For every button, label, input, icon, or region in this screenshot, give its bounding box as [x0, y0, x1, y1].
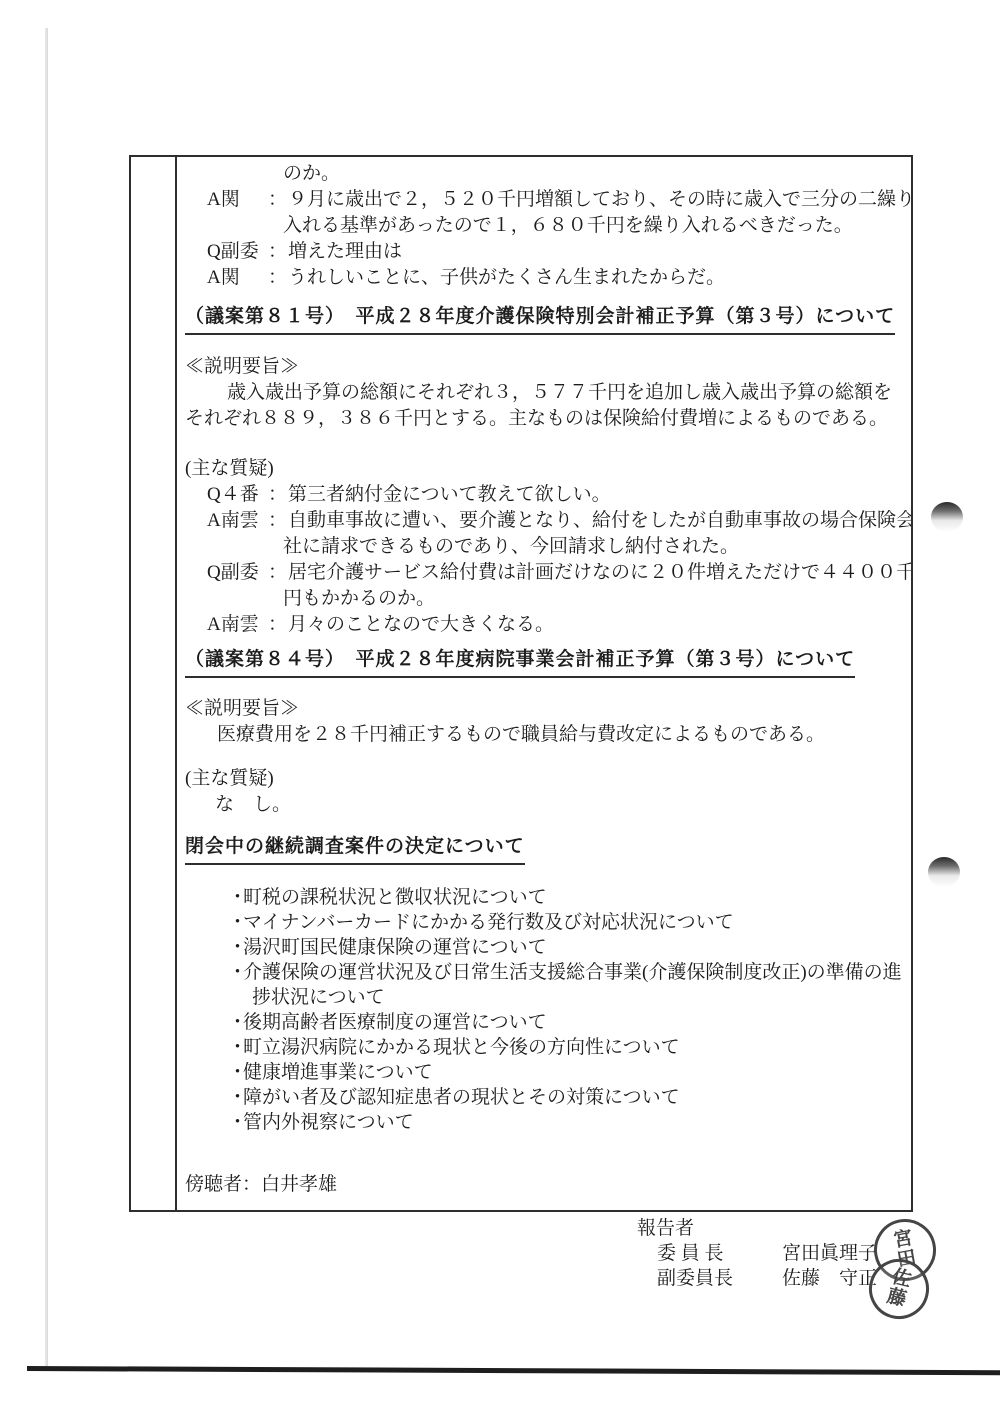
list-item-text: マイナンバーカードにかかる発行数及び対応状況について: [243, 910, 734, 935]
colon-glyph: ：: [268, 187, 288, 213]
list-item-text: 湯沢町国民健康保険の運営について: [243, 935, 547, 960]
list-item-text: 管内外視察について: [243, 1110, 414, 1135]
qa-line: Q副委 ： 増えた理由は: [207, 239, 911, 265]
vice-chair-name: 佐藤 守正: [782, 1266, 877, 1291]
speaker-label: Q副委: [207, 239, 268, 265]
qa-line: A関 ： ９月に歳出で２，５２０千円増額しており、その時に歳入で三分の二繰り: [207, 187, 911, 213]
summary-text: 医療費用を２８千円補正するもので職員給与費改定によるものである。: [217, 722, 911, 748]
list-item-text: 介護保険の運営状況及び日常生活支援総合事業(介護保険制度改正)の準備の進: [243, 960, 902, 985]
paper-bottom-edge-shadow: [27, 1366, 1000, 1375]
proposal84-heading-block: （議案第８４号） 平成２８年度病院事業会計補正予算（第３号）について: [185, 647, 911, 678]
vice-chair-row: 副委員長 佐藤 守正: [637, 1266, 877, 1291]
bullet-glyph: ・: [228, 910, 243, 935]
qa-text: ９月に歳出で２，５２０千円増額しており、その時に歳入で三分の二繰り: [288, 187, 911, 213]
qa-continuation: 社に請求できるものであり、今回請求し納付された。: [283, 534, 911, 560]
minutes-body: のか。 A関 ： ９月に歳出で２，５２０千円増額しており、その時に歳入で三分の二…: [177, 157, 911, 1210]
colon-glyph: ：: [268, 239, 288, 265]
list-item-text: 障がい者及び認知症患者の現状とその対策について: [243, 1085, 680, 1110]
list-item-text: 町税の課税状況と徴収状況について: [243, 885, 547, 910]
list-item: ・ 管内外視察について: [228, 1110, 911, 1135]
binder-hole-icon: [931, 502, 963, 532]
chair-row: 委 員 長 宮田眞理子: [637, 1241, 877, 1266]
speaker-label: A南雲: [207, 508, 268, 534]
colon-glyph: ：: [268, 482, 288, 508]
qa-text: 自動車事故に遭い、要介護となり、給付をしたが自動車事故の場合保険会: [288, 508, 911, 534]
list-item: ・ 障がい者及び認知症患者の現状とその対策について: [228, 1085, 911, 1110]
bullet-glyph: ・: [228, 1010, 243, 1035]
bullet-glyph: ・: [228, 1110, 243, 1135]
section-heading: （議案第８４号） 平成２８年度病院事業会計補正予算（第３号）について: [185, 647, 855, 678]
qa-text: 第三者納付金について教えて欲しい。: [288, 482, 611, 508]
paper-left-edge-shadow: [45, 28, 48, 1370]
continuing-heading-block: 閉会中の継続調査案件の決定について: [185, 834, 911, 865]
speaker-label: A関: [207, 187, 268, 213]
list-item-continuation: 捗状況について: [252, 985, 911, 1010]
qa-text: 居宅介護サービス給付費は計画だけなのに２０件増えただけで４４００千: [288, 560, 911, 586]
observer-line: 傍聴者：白井孝雄: [185, 1172, 911, 1198]
speaker-label: A南雲: [207, 612, 268, 638]
summary-label: ≪説明要旨≫: [185, 696, 911, 722]
qa-section-label: (主な質疑): [185, 766, 911, 792]
qa-section-label: (主な質疑): [185, 456, 911, 482]
bullet-glyph: ・: [228, 935, 243, 960]
list-item: ・ 介護保険の運営状況及び日常生活支援総合事業(介護保険制度改正)の準備の進: [228, 960, 911, 985]
list-item: ・ マイナンバーカードにかかる発行数及び対応状況について: [228, 910, 911, 935]
proposal81-heading-block: （議案第８１号） 平成２８年度介護保険特別会計補正予算（第３号）について: [185, 304, 911, 335]
qa-text: 月々のことなので大きくなる。: [288, 612, 554, 638]
section-heading: （議案第８１号） 平成２８年度介護保険特別会計補正予算（第３号）について: [185, 304, 895, 335]
bullet-glyph: ・: [228, 1035, 243, 1060]
qa-text: うれしいことに、子供がたくさん生まれたからだ。: [288, 265, 725, 291]
vice-chair-title: 副委員長: [657, 1266, 782, 1291]
list-item-text: 後期高齢者医療制度の運営について: [243, 1010, 547, 1035]
stamp-char: 藤: [885, 1287, 908, 1311]
list-item: ・ 健康増進事業について: [228, 1060, 911, 1085]
colon-glyph: ：: [268, 265, 288, 291]
bullet-glyph: ・: [228, 960, 243, 985]
qa-text: 増えた理由は: [288, 239, 402, 265]
list-item-text: 健康増進事業について: [243, 1060, 433, 1085]
reporter-label: 報告者: [637, 1216, 877, 1241]
speaker-label: Q副委: [207, 560, 268, 586]
summary-label: ≪説明要旨≫: [185, 354, 911, 380]
list-item: ・ 後期高齢者医療制度の運営について: [228, 1010, 911, 1035]
reporter-block: 報告者 委 員 長 宮田眞理子 副委員長 佐藤 守正: [637, 1216, 877, 1291]
list-item: ・ 町立湯沢病院にかかる現状と今後の方向性について: [228, 1035, 911, 1060]
qa-line: Q副委 ： 居宅介護サービス給付費は計画だけなのに２０件増えただけで４４００千: [207, 560, 911, 586]
summary-text: それぞれ８８９，３８６千円とする。主なものは保険給付費増によるものである。: [185, 406, 911, 432]
colon-glyph: ：: [268, 560, 288, 586]
qa-line: A関 ： うれしいことに、子供がたくさん生まれたからだ。: [207, 265, 911, 291]
colon-glyph: ：: [268, 508, 288, 534]
chair-name: 宮田眞理子: [782, 1241, 877, 1266]
bullet-glyph: ・: [228, 885, 243, 910]
section-heading: 閉会中の継続調査案件の決定について: [185, 834, 525, 865]
summary-text: 歳入歳出予算の総額にそれぞれ３，５７７千円を追加し歳入歳出予算の総額を: [227, 380, 911, 406]
binder-hole-icon: [928, 857, 960, 887]
qa-carryover-line: のか。: [283, 161, 911, 187]
speaker-label: Q４番: [207, 482, 268, 508]
chair-title: 委 員 長: [657, 1241, 782, 1266]
list-item: ・ 町税の課税状況と徴収状況について: [228, 885, 911, 910]
minutes-table-frame: のか。 A関 ： ９月に歳出で２，５２０千円増額しており、その時に歳入で三分の二…: [129, 155, 913, 1212]
continuing-items-list: ・ 町税の課税状況と徴収状況について ・ マイナンバーカードにかかる発行数及び対…: [185, 885, 911, 1135]
list-item: ・ 湯沢町国民健康保険の運営について: [228, 935, 911, 960]
bullet-glyph: ・: [228, 1085, 243, 1110]
list-item-text: 町立湯沢病院にかかる現状と今後の方向性について: [243, 1035, 680, 1060]
qa-continuation: 円もかかるのか。: [283, 586, 911, 612]
qa-line: A南雲 ： 自動車事故に遭い、要介護となり、給付をしたが自動車事故の場合保険会: [207, 508, 911, 534]
qa-line: Q４番 ： 第三者納付金について教えて欲しい。: [207, 482, 911, 508]
qa-none-text: な し。: [215, 792, 911, 818]
bullet-glyph: ・: [228, 1060, 243, 1085]
qa-line: A南雲 ： 月々のことなので大きくなる。: [207, 612, 911, 638]
qa-continuation: 入れる基準があったので１，６８０千円を繰り入れるべきだった。: [283, 213, 911, 239]
speaker-label: A関: [207, 265, 268, 291]
colon-glyph: ：: [268, 612, 288, 638]
